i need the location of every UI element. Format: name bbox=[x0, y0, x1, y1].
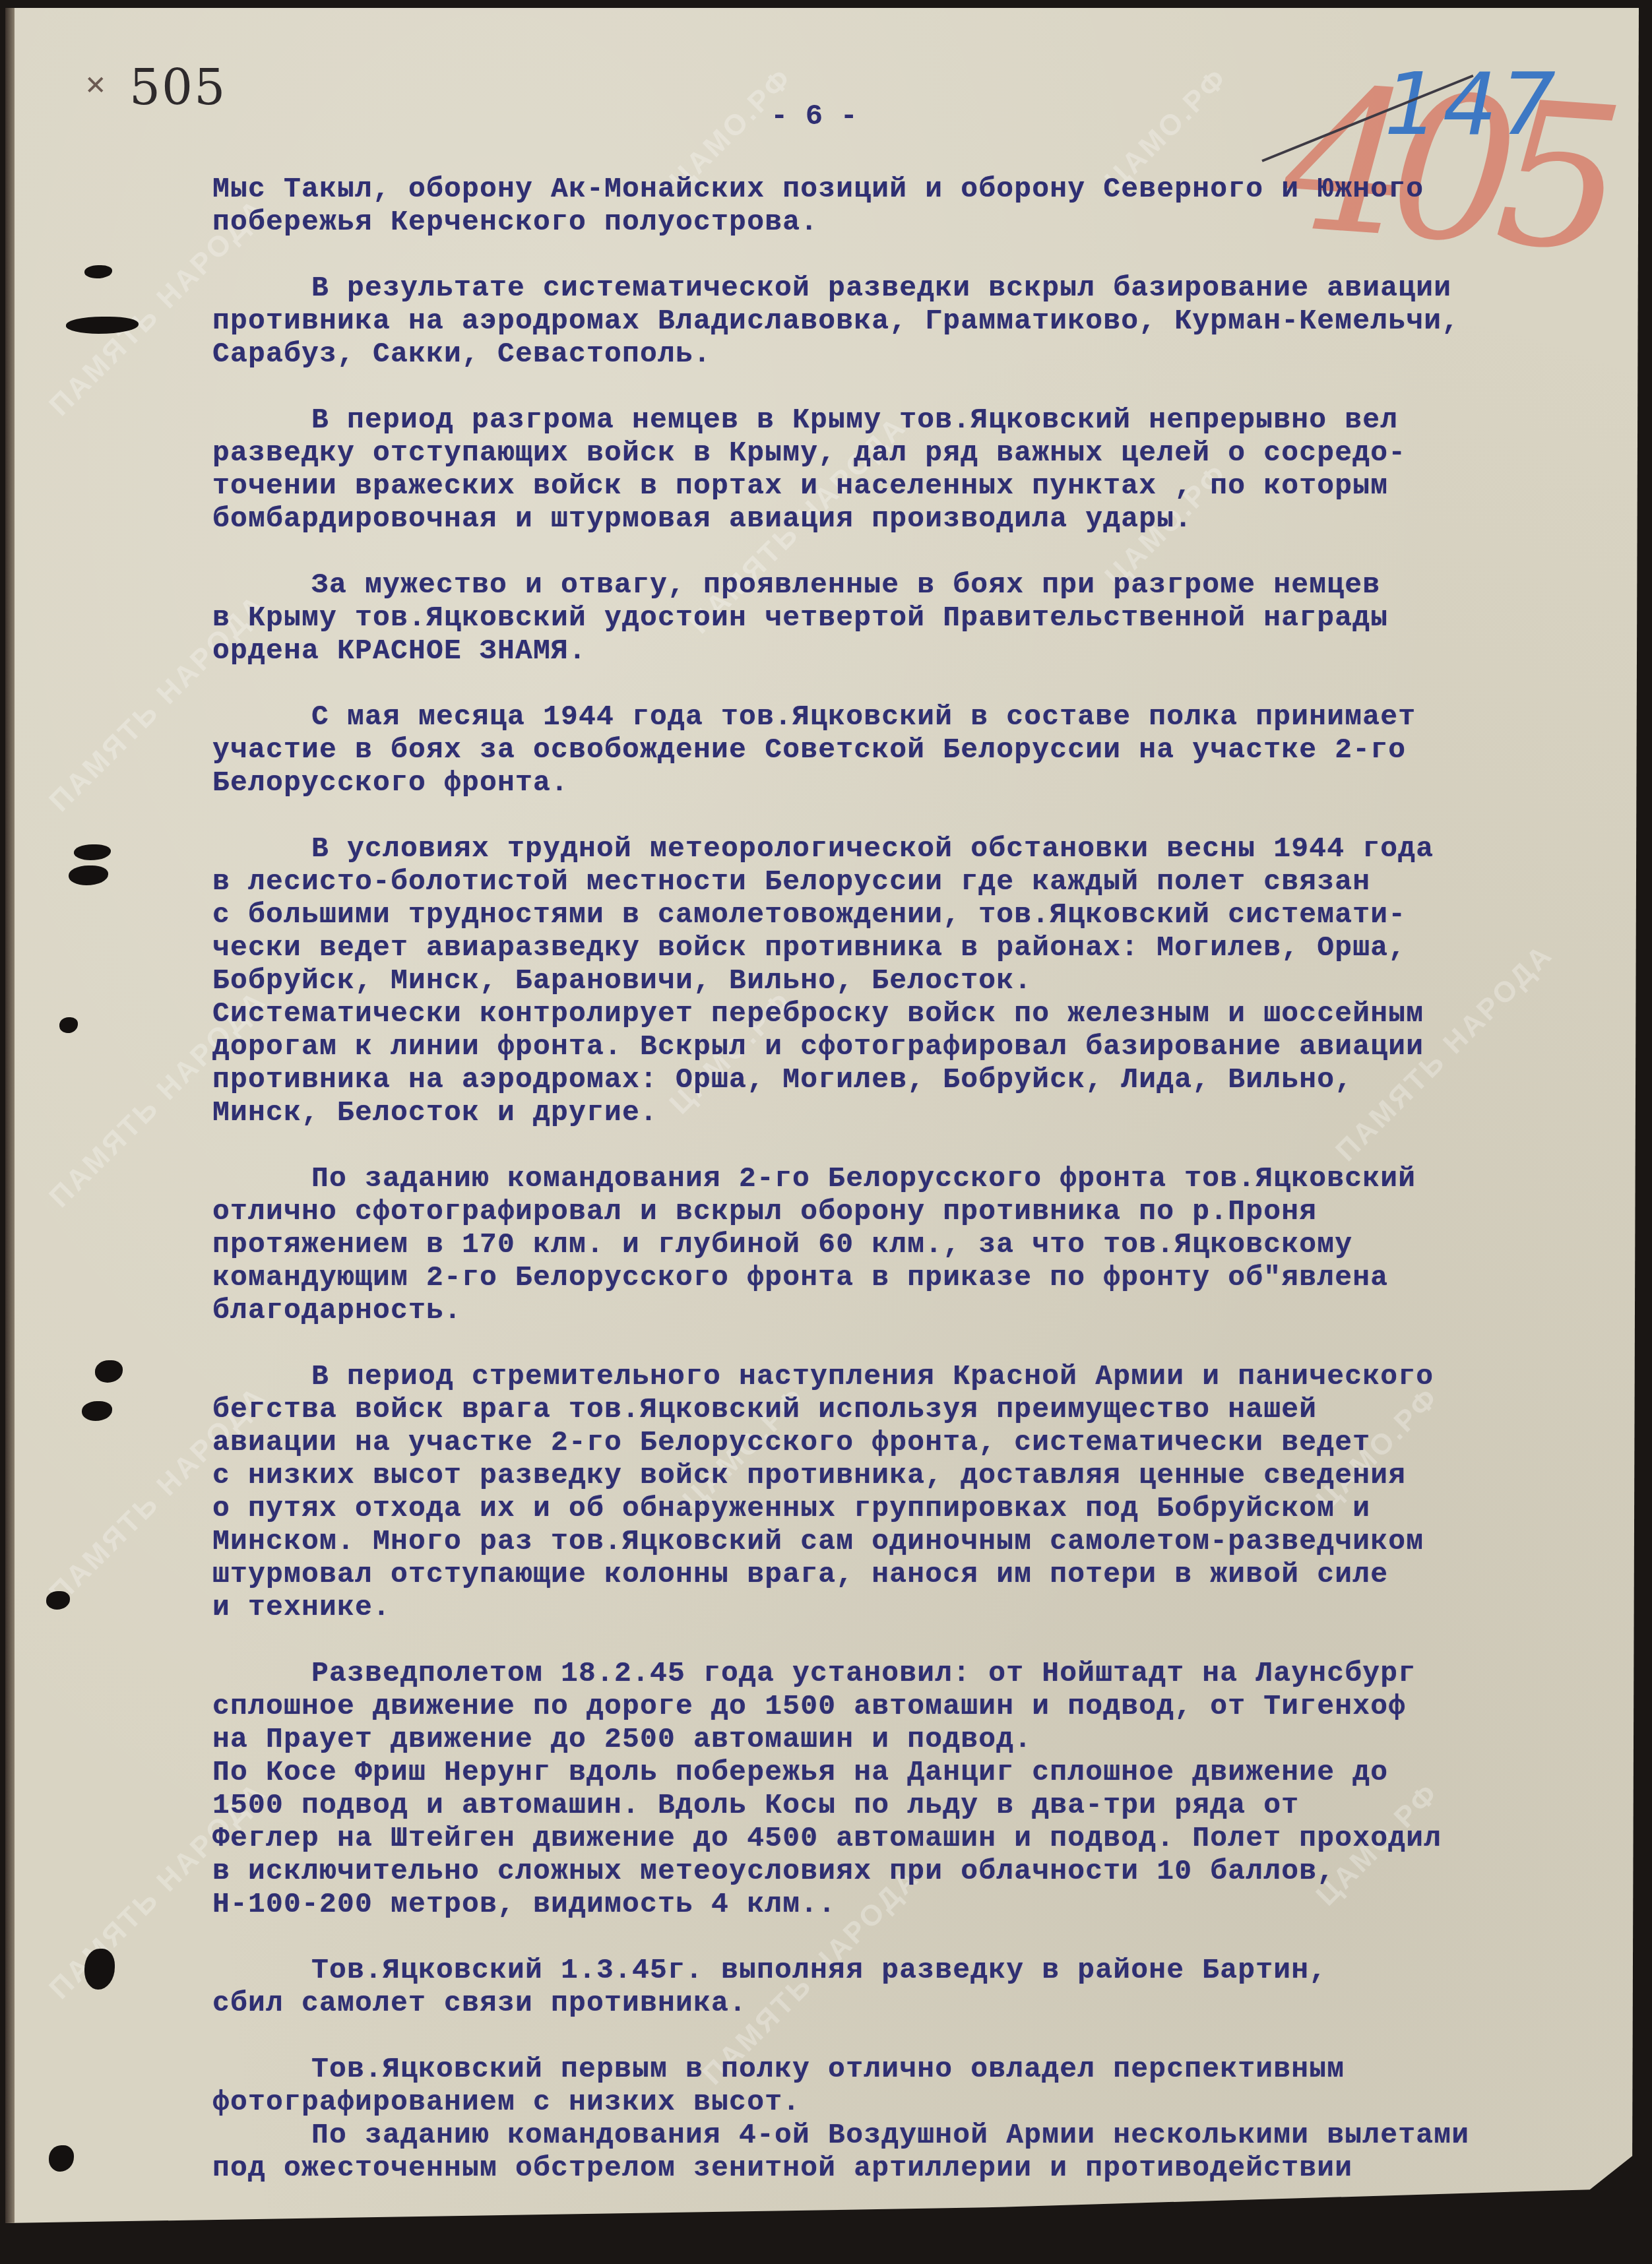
paragraph: По заданию командования 2-го Белорусског… bbox=[212, 1162, 1651, 1327]
text-line: фотографированием с низких высот. bbox=[212, 2086, 1651, 2119]
paragraph: С мая месяца 1944 года тов.Яцковский в с… bbox=[212, 701, 1651, 800]
text-line: противника на аэродромах: Орша, Могилев,… bbox=[212, 1063, 1651, 1096]
text-line: побережья Керченского полуострова. bbox=[212, 206, 1651, 239]
text-line: сбил самолет связи противника. bbox=[212, 1987, 1651, 2020]
text-line: в Крыму тов.Яцковский удостоин четвертой… bbox=[212, 602, 1651, 635]
text-line: 1500 подвод и автомашин. Вдоль Косы по л… bbox=[212, 1789, 1651, 1822]
text-line: Систематически контролирует переброску в… bbox=[212, 997, 1651, 1030]
text-line: Минском. Много раз тов.Яцковский сам оди… bbox=[212, 1525, 1651, 1558]
text-line: бегства войск врага тов.Яцковский исполь… bbox=[212, 1393, 1651, 1426]
document-page: ПАМЯТЬ НАРОДА ПАМЯТЬ НАРОДА ПАМЯТЬ НАРОД… bbox=[5, 8, 1639, 2246]
text-line: Тов.Яцковский первым в полку отлично овл… bbox=[212, 2053, 1651, 2086]
text-line: благодарность. bbox=[212, 1294, 1651, 1327]
paragraph: В период разгрома немцев в Крыму тов.Яцк… bbox=[212, 404, 1651, 536]
text-line: По заданию командования 4-ой Воздушной А… bbox=[212, 2119, 1651, 2152]
text-line: По Косе Фриш Нерунг вдоль побережья на Д… bbox=[212, 1756, 1651, 1789]
text-line: Бобруйск, Минск, Барановичи, Вильно, Бел… bbox=[212, 964, 1651, 997]
sheet-number: 505 bbox=[129, 59, 226, 116]
paragraph: Разведполетом 18.2.45 года установил: от… bbox=[212, 1657, 1651, 1921]
text-line: В период стремительного наступления Крас… bbox=[212, 1360, 1651, 1393]
text-line: штурмовал отступающие колонны врага, нан… bbox=[212, 1558, 1651, 1591]
text-line: разведку отступающих войск в Крыму, дал … bbox=[212, 437, 1651, 470]
text-line: За мужество и отвагу, проявленные в боях… bbox=[212, 569, 1651, 602]
text-line: бомбардировочная и штурмовая авиация про… bbox=[212, 503, 1651, 536]
paragraph: Мыс Такыл, оборону Ак-Монайских позиций … bbox=[212, 173, 1651, 239]
punch-hole bbox=[49, 2145, 74, 2172]
text-line: С мая месяца 1944 года тов.Яцковский в с… bbox=[212, 701, 1651, 734]
punch-hole bbox=[69, 865, 108, 885]
text-line: участие в боях за освобождение Советской… bbox=[212, 734, 1651, 767]
text-line: В период разгрома немцев в Крыму тов.Яцк… bbox=[212, 404, 1651, 437]
text-line: Минск, Белосток и другие. bbox=[212, 1096, 1651, 1129]
text-line: Мыс Такыл, оборону Ак-Монайских позиций … bbox=[212, 173, 1651, 206]
typed-body-text: Мыс Такыл, оборону Ак-Монайских позиций … bbox=[212, 173, 1651, 2218]
text-line: Тов.Яцковский 1.3.45г. выполняя разведку… bbox=[212, 1954, 1651, 1987]
paragraph: По заданию командования 4-ой Воздушной А… bbox=[212, 2119, 1651, 2185]
punch-hole bbox=[46, 1591, 70, 1610]
paragraph: Тов.Яцковский 1.3.45г. выполняя разведку… bbox=[212, 1954, 1651, 2020]
punch-hole bbox=[82, 1401, 112, 1421]
paragraph: Тов.Яцковский первым в полку отлично овл… bbox=[212, 2053, 1651, 2119]
text-line: и технике. bbox=[212, 1591, 1651, 1624]
text-line: с низких высот разведку войск противника… bbox=[212, 1459, 1651, 1492]
text-line: По заданию командования 2-го Белорусског… bbox=[212, 1162, 1651, 1195]
paragraph: За мужество и отвагу, проявленные в боях… bbox=[212, 569, 1651, 668]
text-line: Разведполетом 18.2.45 года установил: от… bbox=[212, 1657, 1651, 1690]
text-line: в лесисто-болотистой местности Белорусси… bbox=[212, 865, 1651, 898]
blue-ink-archive-number: 147 bbox=[1384, 54, 1560, 154]
page-number: - 6 - bbox=[771, 100, 858, 133]
text-line: на Праует движение до 2500 автомашин и п… bbox=[212, 1723, 1651, 1756]
text-line: точении вражеских войск в портах и насел… bbox=[212, 470, 1651, 503]
text-line: Белорусского фронта. bbox=[212, 767, 1651, 800]
text-line: авиации на участке 2-го Белорусского фро… bbox=[212, 1426, 1651, 1459]
text-line: под ожесточенным обстрелом зенитной арти… bbox=[212, 2152, 1651, 2185]
text-line: командующим 2-го Белорусского фронта в п… bbox=[212, 1261, 1651, 1294]
text-line: о путях отхода их и об обнаруженных груп… bbox=[212, 1492, 1651, 1525]
text-line: дорогам к линии фронта. Вскрыл и сфотогр… bbox=[212, 1030, 1651, 1063]
paragraph: В период стремительного наступления Крас… bbox=[212, 1360, 1651, 1624]
text-line: чески ведет авиаразведку войск противник… bbox=[212, 931, 1651, 964]
text-line: с большими трудностями в самолетовождени… bbox=[212, 898, 1651, 931]
punch-hole bbox=[59, 1017, 78, 1033]
text-line: Феглер на Штейген движение до 4500 автом… bbox=[212, 1822, 1651, 1855]
punch-hole bbox=[66, 317, 139, 334]
pencil-tick-mark: ✕ bbox=[84, 71, 107, 101]
text-line: сплошное движение по дороге до 1500 авто… bbox=[212, 1690, 1651, 1723]
punch-hole bbox=[84, 265, 112, 278]
text-line: протяжением в 170 клм. и глубиной 60 клм… bbox=[212, 1228, 1651, 1261]
punch-hole bbox=[84, 1949, 115, 1990]
text-line: Н-100-200 метров, видимость 4 клм.. bbox=[212, 1888, 1651, 1921]
text-line: В результате систематической разведки вс… bbox=[212, 272, 1651, 305]
page-left-edge bbox=[5, 8, 15, 2246]
punch-hole bbox=[95, 1360, 123, 1383]
text-line: Сарабуз, Сакки, Севастополь. bbox=[212, 338, 1651, 371]
text-line: в исключительно сложных метеоусловиях пр… bbox=[212, 1855, 1651, 1888]
punch-hole bbox=[74, 844, 111, 860]
paragraph: В результате систематической разведки вс… bbox=[212, 272, 1651, 371]
text-line: отлично сфотографировал и вскрыл оборону… bbox=[212, 1195, 1651, 1228]
text-line: ордена КРАСНОЕ ЗНАМЯ. bbox=[212, 635, 1651, 668]
text-line: В условиях трудной метеорологической обс… bbox=[212, 833, 1651, 865]
text-line: противника на аэродромах Владиславовка, … bbox=[212, 305, 1651, 338]
paragraph: В условиях трудной метеорологической обс… bbox=[212, 833, 1651, 1129]
